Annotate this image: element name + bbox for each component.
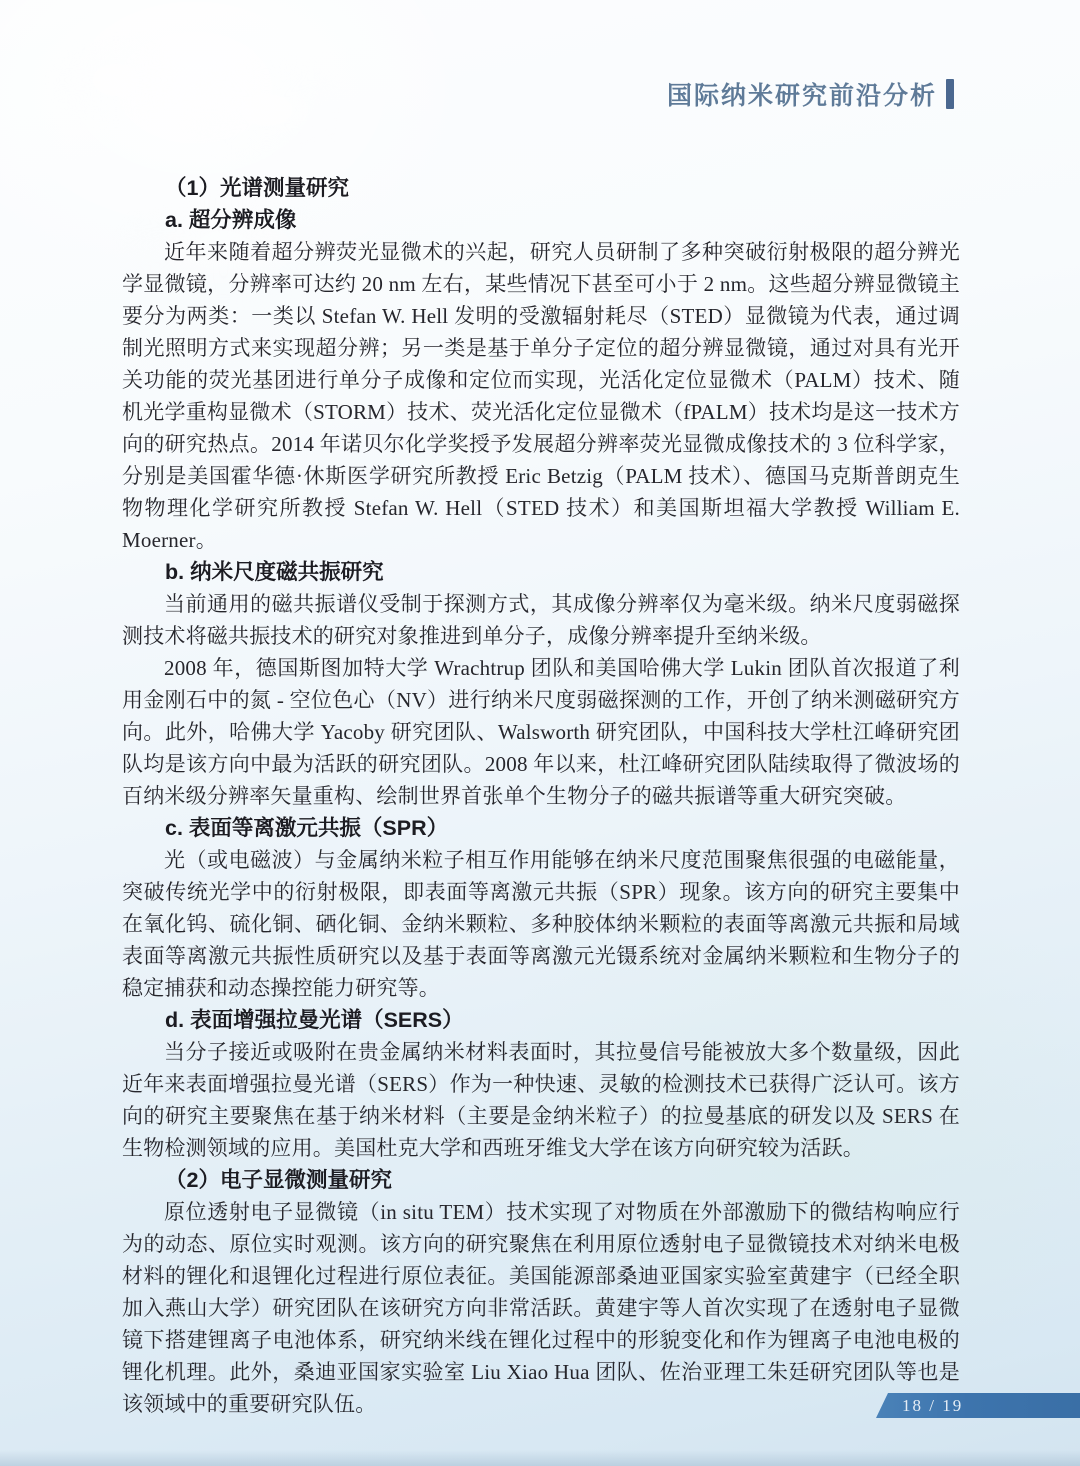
running-header-title: 国际纳米研究前沿分析 — [667, 76, 937, 112]
header-accent-bar — [946, 79, 954, 109]
section-heading: （2）电子显微测量研究 — [122, 1164, 960, 1196]
body-paragraph: 当分子接近或吸附在贵金属纳米材料表面时，其拉曼信号能被放大多个数量级，因此近年来… — [122, 1036, 960, 1164]
page-bottom-edge — [0, 1450, 1080, 1466]
body-paragraph: 当前通用的磁共振谱仪受制于探测方式，其成像分辨率仅为毫米级。纳米尺度弱磁探测技术… — [122, 588, 960, 652]
body-paragraph: 光（或电磁波）与金属纳米粒子相互作用能够在纳米尺度范围聚焦很强的电磁能量，突破传… — [122, 844, 960, 1004]
subsection-heading: b. 纳米尺度磁共振研究 — [122, 556, 960, 588]
page-body: （1）光谱测量研究a. 超分辨成像近年来随着超分辨荧光显微术的兴起，研究人员研制… — [122, 172, 960, 1420]
page-number-band: 18 / 19 — [876, 1393, 1080, 1418]
subsection-heading: c. 表面等离激元共振（SPR） — [122, 812, 960, 844]
page-number: 18 / 19 — [902, 1396, 963, 1416]
subsection-heading: d. 表面增强拉曼光谱（SERS） — [122, 1004, 960, 1036]
body-paragraph: 近年来随着超分辨荧光显微术的兴起，研究人员研制了多种突破衍射极限的超分辨光学显微… — [122, 236, 960, 556]
subsection-heading: a. 超分辨成像 — [122, 204, 960, 236]
body-paragraph: 2008 年，德国斯图加特大学 Wrachtrup 团队和美国哈佛大学 Luki… — [122, 652, 960, 812]
page: { "header": { "title": "国际纳米研究前沿分析" }, "… — [0, 0, 1080, 1466]
section-heading: （1）光谱测量研究 — [122, 172, 960, 204]
running-header: 国际纳米研究前沿分析 — [667, 76, 954, 112]
body-paragraph: 原位透射电子显微镜（in situ TEM）技术实现了对物质在外部激励下的微结构… — [122, 1196, 960, 1420]
